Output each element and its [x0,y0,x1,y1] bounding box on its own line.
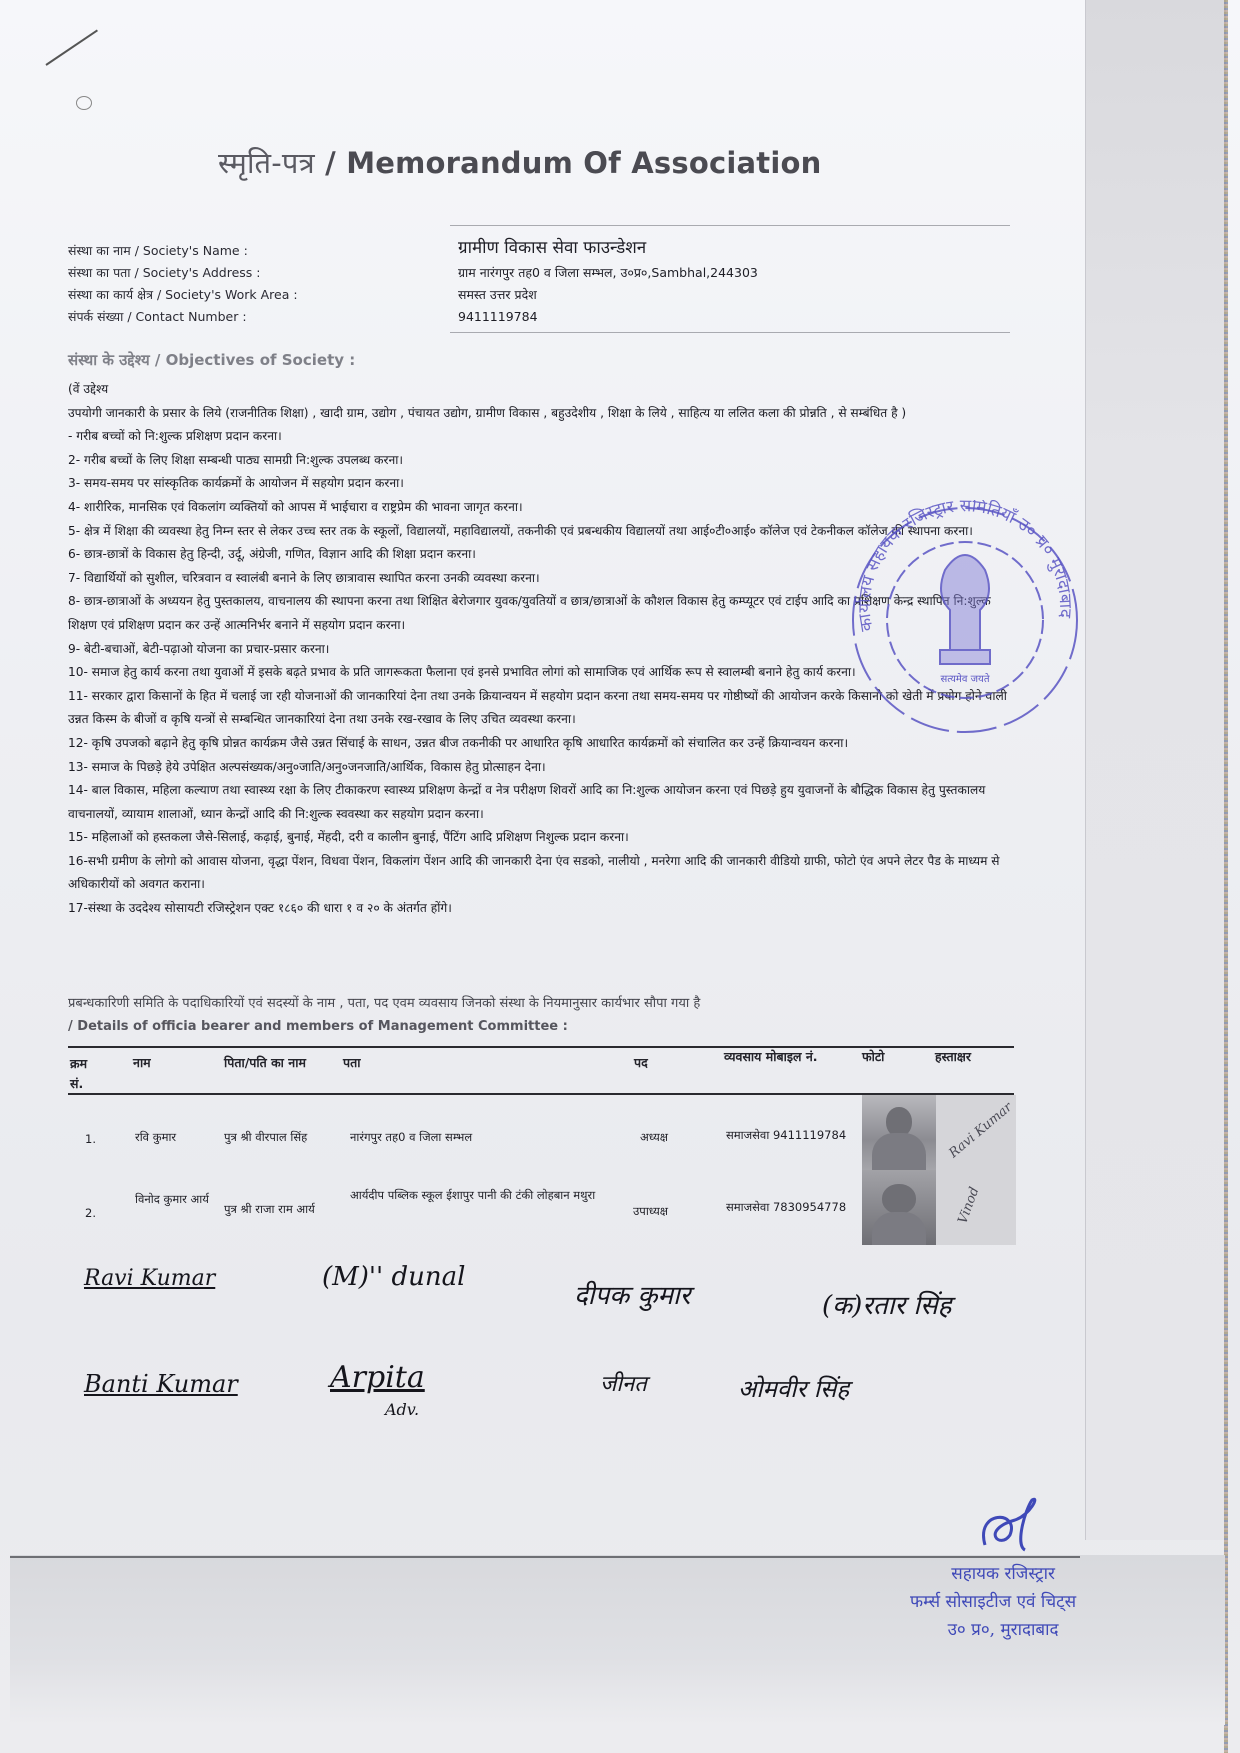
signature-zeenat: जीनत [600,1368,647,1398]
objective-item: 17-संस्था के उददेश्य सोसायटी रजिस्ट्रेशन… [68,897,1013,921]
row1-occupation: समाजसेवा [726,1128,769,1142]
management-heading-english: / Details of officia bearer and members … [68,1015,1028,1038]
objective-item: - गरीब बच्चों को नि:शुल्क प्रशिक्षण प्रद… [68,425,1013,449]
stamp-motto: सत्यमेव जयते [940,673,989,685]
row2-father: पुत्र श्री राजा राम आर्य [224,1202,315,1217]
row1-father: पुत्र श्री वीरपाल सिंह [224,1130,307,1145]
row1-signature: Ravi Kumar [946,1100,1015,1161]
signature-member-2: (M)'' dunal [322,1262,465,1292]
society-info-labels: संस्था का नाम / Society's Name : संस्था … [68,240,298,328]
objective-item: 13- समाज के पिछड़े हेये उपेक्षित अल्पसंख… [68,756,1013,780]
title-english: Memorandum Of Association [346,146,821,180]
row2-name: विनोद कुमार आर्य [135,1190,225,1209]
page-title: स्मृति-पत्र / Memorandum Of Association [218,143,821,182]
scan-edge [1224,0,1228,1753]
col-post: पद [634,1054,648,1071]
row2-address: आर्यदीप पब्लिक स्कूल ईशापुर पानी की टंकी… [350,1186,605,1205]
signature-ravi-kumar: Ravi Kumar [84,1266,215,1291]
col-occupation-mobile: व्यवसाय मोबाइल नं. [724,1048,818,1065]
row1-signature-cell: Ravi Kumar [936,1095,1016,1170]
objectives-heading: संस्था के उद्देश्य / Objectives of Socie… [68,350,355,370]
scan-margin-strip [1085,0,1226,1540]
row1-serial: 1. [85,1132,96,1146]
page-fold-line [10,1556,1080,1558]
signature-omveer-singh: ओमवीर सिंह [738,1372,849,1405]
label-work-area: संस्था का कार्य क्षेत्र / Society's Work… [68,284,298,306]
col-address: पता [343,1054,360,1071]
signature-deepak-kumar: दीपक कुमार [574,1276,690,1312]
label-contact-number: संपर्क संख्या / Contact Number : [68,306,298,328]
col-name: नाम [133,1054,151,1071]
society-info-values: ग्रामीण विकास सेवा फाउन्डेशन ग्राम नारंग… [458,236,758,328]
row2-mobile: 7830954778 [773,1200,846,1214]
signature-banti-kumar: Banti Kumar [84,1370,238,1398]
row2-photo [862,1170,936,1245]
row2-signature-cell: Vinod [936,1170,1016,1245]
col-father: पिता/पति का नाम [224,1054,306,1071]
row2-occupation-mobile: समाजसेवा 7830954778 [726,1200,846,1215]
objective-item: 2- गरीब बच्चों के लिए शिक्षा सम्बन्धी पा… [68,449,1013,473]
objective-item: 15- महिलाओं को हस्तकला जैसे-सिलाई, कढ़ाई… [68,826,1013,850]
registrar-seal-stamp: कार्यालय सहायक रजिस्ट्रार समितियाँ उ० प्… [845,500,1085,740]
registrar-title: सहायक रजिस्ट्रार [930,1560,1076,1588]
objectives-intro: (वें उद्देश्य [68,378,1013,402]
divider [450,332,1010,333]
registrar-location: उ० प्र०, मुरादाबाद [930,1616,1076,1644]
label-society-name: संस्था का नाम / Society's Name : [68,240,298,262]
document-page: स्मृति-पत्र / Memorandum Of Association … [0,0,1240,1753]
management-heading: प्रबन्धकारिणी समिति के पदाधिकारियों एवं … [68,992,1028,1038]
row1-post: अध्यक्ष [640,1130,668,1145]
row2-signature: Vinod [955,1185,982,1226]
row1-mobile: 9411119784 [773,1128,846,1142]
row1-address: नारंगपुर तह0 व जिला सम्भल [350,1130,472,1145]
stray-circle-mark [76,96,92,110]
value-contact-number: 9411119784 [458,306,758,328]
title-hindi: स्मृति-पत्र [218,146,315,180]
col-serial: क्रम सं. [70,1054,104,1094]
management-heading-hindi: प्रबन्धकारिणी समिति के पदाधिकारियों एवं … [68,992,1028,1015]
row1-photo [862,1095,936,1170]
title-separator: / [315,146,346,180]
row2-post: उपाध्यक्ष [633,1204,668,1219]
objective-item: 14- बाल विकास, महिला कल्याण तथा स्वास्थ्… [68,779,1013,826]
row1-name: रवि कुमार [135,1130,176,1145]
registrar-office: फर्म्स सोसाइटीज एवं चिट्स [910,1588,1076,1616]
objective-item: 16-सभी ग्रमीण के लोगो को आवास योजना, वृद… [68,850,1013,897]
row2-occupation: समाजसेवा [726,1200,769,1214]
registrar-signature [970,1490,1050,1560]
value-society-address: ग्राम नारंगपुर तह0 व जिला सम्भल, उ०प्र०,… [458,262,758,284]
stray-pen-mark [45,30,98,66]
col-photo: फोटो [862,1048,884,1065]
row2-serial: 2. [85,1206,96,1220]
col-signature: हस्ताक्षर [935,1048,971,1065]
value-work-area: समस्त उत्तर प्रदेश [458,284,758,306]
value-society-name: ग्रामीण विकास सेवा फाउन्डेशन [458,236,758,262]
row1-occupation-mobile: समाजसेवा 9411119784 [726,1128,846,1143]
signature-arpita-adv: Adv. [385,1400,419,1419]
registrar-endorsement: सहायक रजिस्ट्रार फर्म्स सोसाइटीज एवं चिट… [930,1490,1076,1644]
objective-item: 3- समय-समय पर सांस्कृतिक कार्यक्रमों के … [68,472,1013,496]
divider [450,225,1010,226]
label-society-address: संस्था का पता / Society's Address : [68,262,298,284]
signature-arpita: Arpita [330,1360,425,1395]
objectives-intro-text: उपयोगी जानकारी के प्रसार के लिये (राजनीत… [68,402,1013,426]
signature-kartar-singh: (क)रतार सिंह [822,1286,951,1322]
